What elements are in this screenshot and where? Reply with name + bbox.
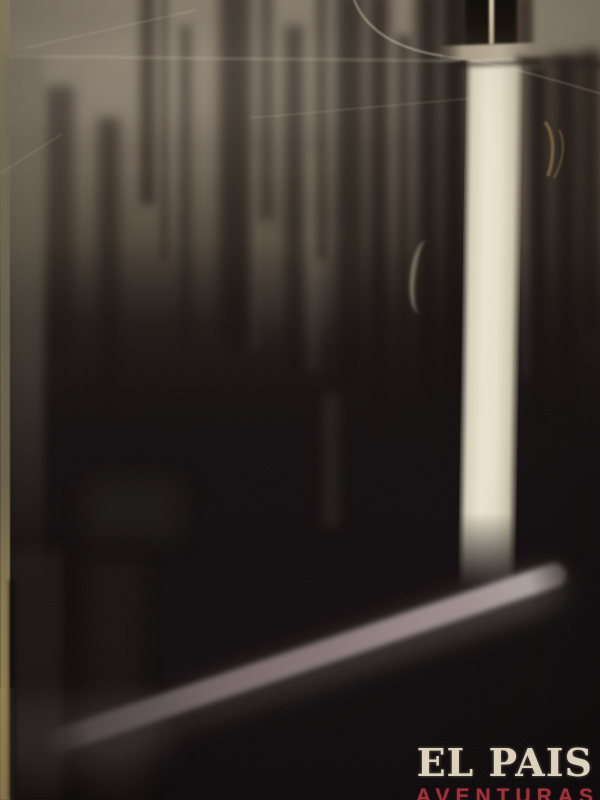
photographed-book-cover: EL PAIS AVENTURAS bbox=[0, 0, 600, 800]
photo-vignette bbox=[0, 0, 600, 800]
brand-block: EL PAIS AVENTURAS bbox=[416, 744, 593, 800]
collection-text: AVENTURAS bbox=[416, 786, 599, 800]
masthead-text: EL PAIS bbox=[416, 744, 593, 782]
